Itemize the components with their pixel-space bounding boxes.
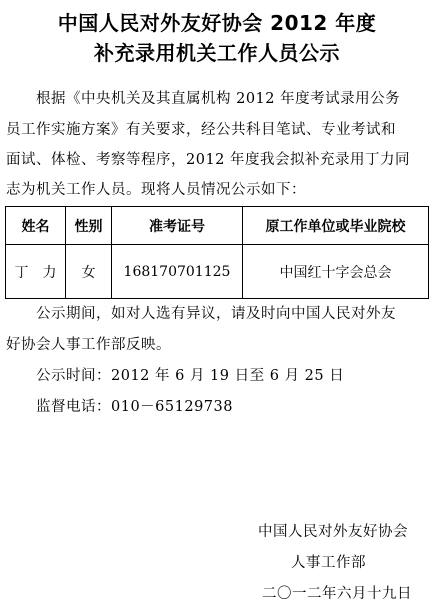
header-name: 姓名 [6,207,66,245]
cell-gender: 女 [66,245,112,299]
header-exam-id: 准考证号 [112,207,243,245]
cell-name: 丁 力 [6,245,66,299]
header-gender: 性别 [66,207,112,245]
signature-department: 人事工作部 [291,551,366,572]
table-row: 丁 力 女 168170701125 中国红十字会总会 [6,245,429,299]
notice-line-2: 好协会人事工作部反映。 [6,333,430,354]
signature-organization: 中国人民对外友好协会 [258,520,408,541]
body-line-2: 员工作实施方案》有关要求，经公共科目笔试、专业考试和 [6,118,430,139]
signature-date: 二〇一二年六月十九日 [262,582,412,603]
cell-exam-id: 168170701125 [112,245,243,299]
notice-line-1: 公示期间，如对人选有异议，请及时向中国人民对外友 [6,302,430,323]
header-former-unit: 原工作单位或毕业院校 [243,207,429,245]
body-line-1: 根据《中央机关及其直属机构 2012 年度考试录用公务 [6,87,430,108]
body-line-4: 志为机关工作人员。现将人员情况公示如下： [6,178,430,199]
cell-former-unit: 中国红十字会总会 [243,245,429,299]
candidate-table: 姓名 性别 准考证号 原工作单位或毕业院校 丁 力 女 168170701125… [5,206,429,299]
publicity-period: 公示时间：2012 年 6 月 19 日至 6 月 25 日 [6,364,430,385]
body-line-3: 面试、体检、考察等程序，2012 年度我会拟补充录用丁力同 [6,148,430,169]
title-line-2: 补充录用机关工作人员公示 [0,37,434,66]
table-header-row: 姓名 性别 准考证号 原工作单位或毕业院校 [6,207,429,245]
title-line-1: 中国人民对外友好协会 2012 年度 [0,7,434,36]
supervision-phone: 监督电话：010－65129738 [6,395,430,416]
